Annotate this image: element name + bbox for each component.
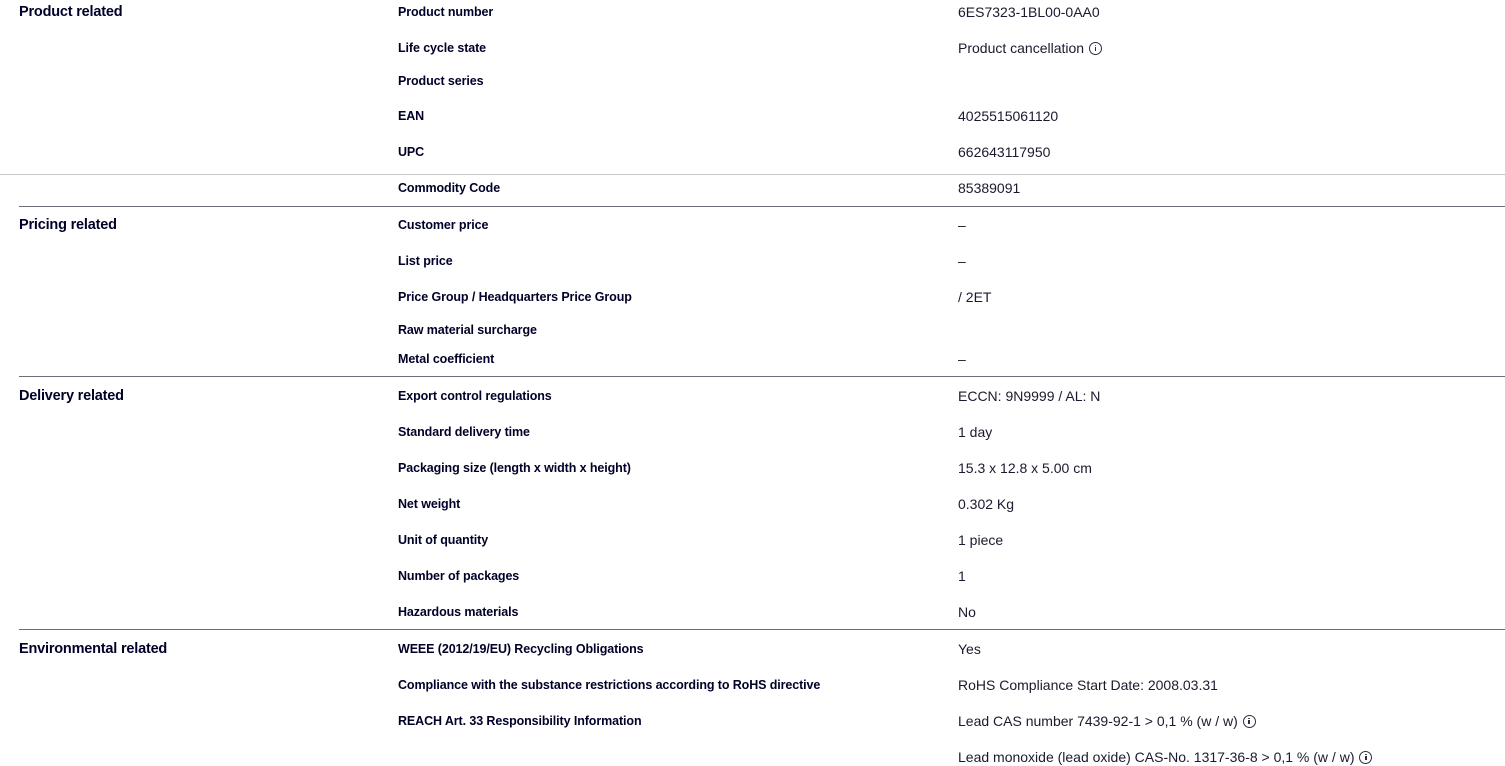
value-text: 4025515061120 bbox=[958, 108, 1058, 124]
value-text: 1 day bbox=[958, 424, 992, 440]
row-label: Price Group / Headquarters Price Group bbox=[398, 290, 632, 304]
row-label: Standard delivery time bbox=[398, 425, 530, 439]
row-value: – bbox=[958, 351, 966, 367]
value-text: No bbox=[958, 604, 976, 620]
row-value: 4025515061120 bbox=[958, 108, 1058, 124]
value-text: 1 bbox=[958, 568, 966, 584]
row-value: Lead monoxide (lead oxide) CAS-No. 1317-… bbox=[958, 749, 1372, 765]
value-text: ECCN: 9N9999 / AL: N bbox=[958, 388, 1100, 404]
row-label: Compliance with the substance restrictio… bbox=[398, 678, 820, 692]
row-value: 662643117950 bbox=[958, 144, 1050, 160]
value-text: 85389091 bbox=[958, 180, 1020, 196]
row-value: / 2ET bbox=[958, 289, 991, 305]
row-label: Net weight bbox=[398, 497, 460, 511]
row-value: RoHS Compliance Start Date: 2008.03.31 bbox=[958, 677, 1218, 693]
info-icon[interactable] bbox=[1089, 42, 1102, 55]
row-value: Lead CAS number 7439-92-1 > 0,1 % (w / w… bbox=[958, 713, 1256, 729]
value-text: – bbox=[958, 217, 966, 233]
row-label: Raw material surcharge bbox=[398, 323, 537, 337]
info-icon[interactable] bbox=[1243, 715, 1256, 728]
value-text: Product cancellation bbox=[958, 40, 1084, 56]
value-text: Lead CAS number 7439-92-1 > 0,1 % (w / w… bbox=[958, 713, 1238, 729]
section-title: Environmental related bbox=[19, 641, 167, 657]
info-icon[interactable] bbox=[1359, 751, 1372, 764]
value-text: – bbox=[958, 351, 966, 367]
value-text: 15.3 x 12.8 x 5.00 cm bbox=[958, 460, 1092, 476]
row-label: List price bbox=[398, 254, 453, 268]
row-label: Commodity Code bbox=[398, 181, 500, 195]
row-label: WEEE (2012/19/EU) Recycling Obligations bbox=[398, 642, 643, 656]
value-text: – bbox=[958, 253, 966, 269]
section-divider bbox=[19, 206, 1505, 207]
value-text: 0.302 Kg bbox=[958, 496, 1014, 512]
row-value: – bbox=[958, 253, 966, 269]
row-divider bbox=[0, 174, 1505, 175]
row-label: Packaging size (length x width x height) bbox=[398, 461, 631, 475]
value-text: 1 piece bbox=[958, 532, 1003, 548]
section-title: Pricing related bbox=[19, 217, 117, 233]
row-value: No bbox=[958, 604, 976, 620]
row-value: ECCN: 9N9999 / AL: N bbox=[958, 388, 1100, 404]
row-label: EAN bbox=[398, 109, 424, 123]
value-text: RoHS Compliance Start Date: 2008.03.31 bbox=[958, 677, 1218, 693]
row-value: 1 bbox=[958, 568, 966, 584]
value-text: 662643117950 bbox=[958, 144, 1050, 160]
value-text: Yes bbox=[958, 641, 981, 657]
section-divider bbox=[19, 376, 1505, 377]
row-value: 15.3 x 12.8 x 5.00 cm bbox=[958, 460, 1092, 476]
row-label: Metal coefficient bbox=[398, 352, 494, 366]
value-text: / 2ET bbox=[958, 289, 991, 305]
row-label: Life cycle state bbox=[398, 41, 486, 55]
row-label: Customer price bbox=[398, 218, 488, 232]
row-value: Product cancellation bbox=[958, 40, 1102, 56]
row-label: Export control regulations bbox=[398, 389, 552, 403]
row-value: 0.302 Kg bbox=[958, 496, 1014, 512]
section-divider bbox=[19, 629, 1505, 630]
row-value: 1 piece bbox=[958, 532, 1003, 548]
row-value: 1 day bbox=[958, 424, 992, 440]
row-label: Unit of quantity bbox=[398, 533, 488, 547]
row-value: 85389091 bbox=[958, 180, 1020, 196]
row-label: Hazardous materials bbox=[398, 605, 518, 619]
row-label: REACH Art. 33 Responsibility Information bbox=[398, 714, 641, 728]
table-row-reach-continued: Lead monoxide (lead oxide) CAS-No. 1317-… bbox=[0, 0, 1505, 36]
row-value: – bbox=[958, 217, 966, 233]
row-label: Number of packages bbox=[398, 569, 519, 583]
row-label: UPC bbox=[398, 145, 424, 159]
row-value: Yes bbox=[958, 641, 981, 657]
row-label: Product series bbox=[398, 74, 483, 88]
section-title: Delivery related bbox=[19, 388, 124, 404]
value-text: Lead monoxide (lead oxide) CAS-No. 1317-… bbox=[958, 749, 1354, 765]
